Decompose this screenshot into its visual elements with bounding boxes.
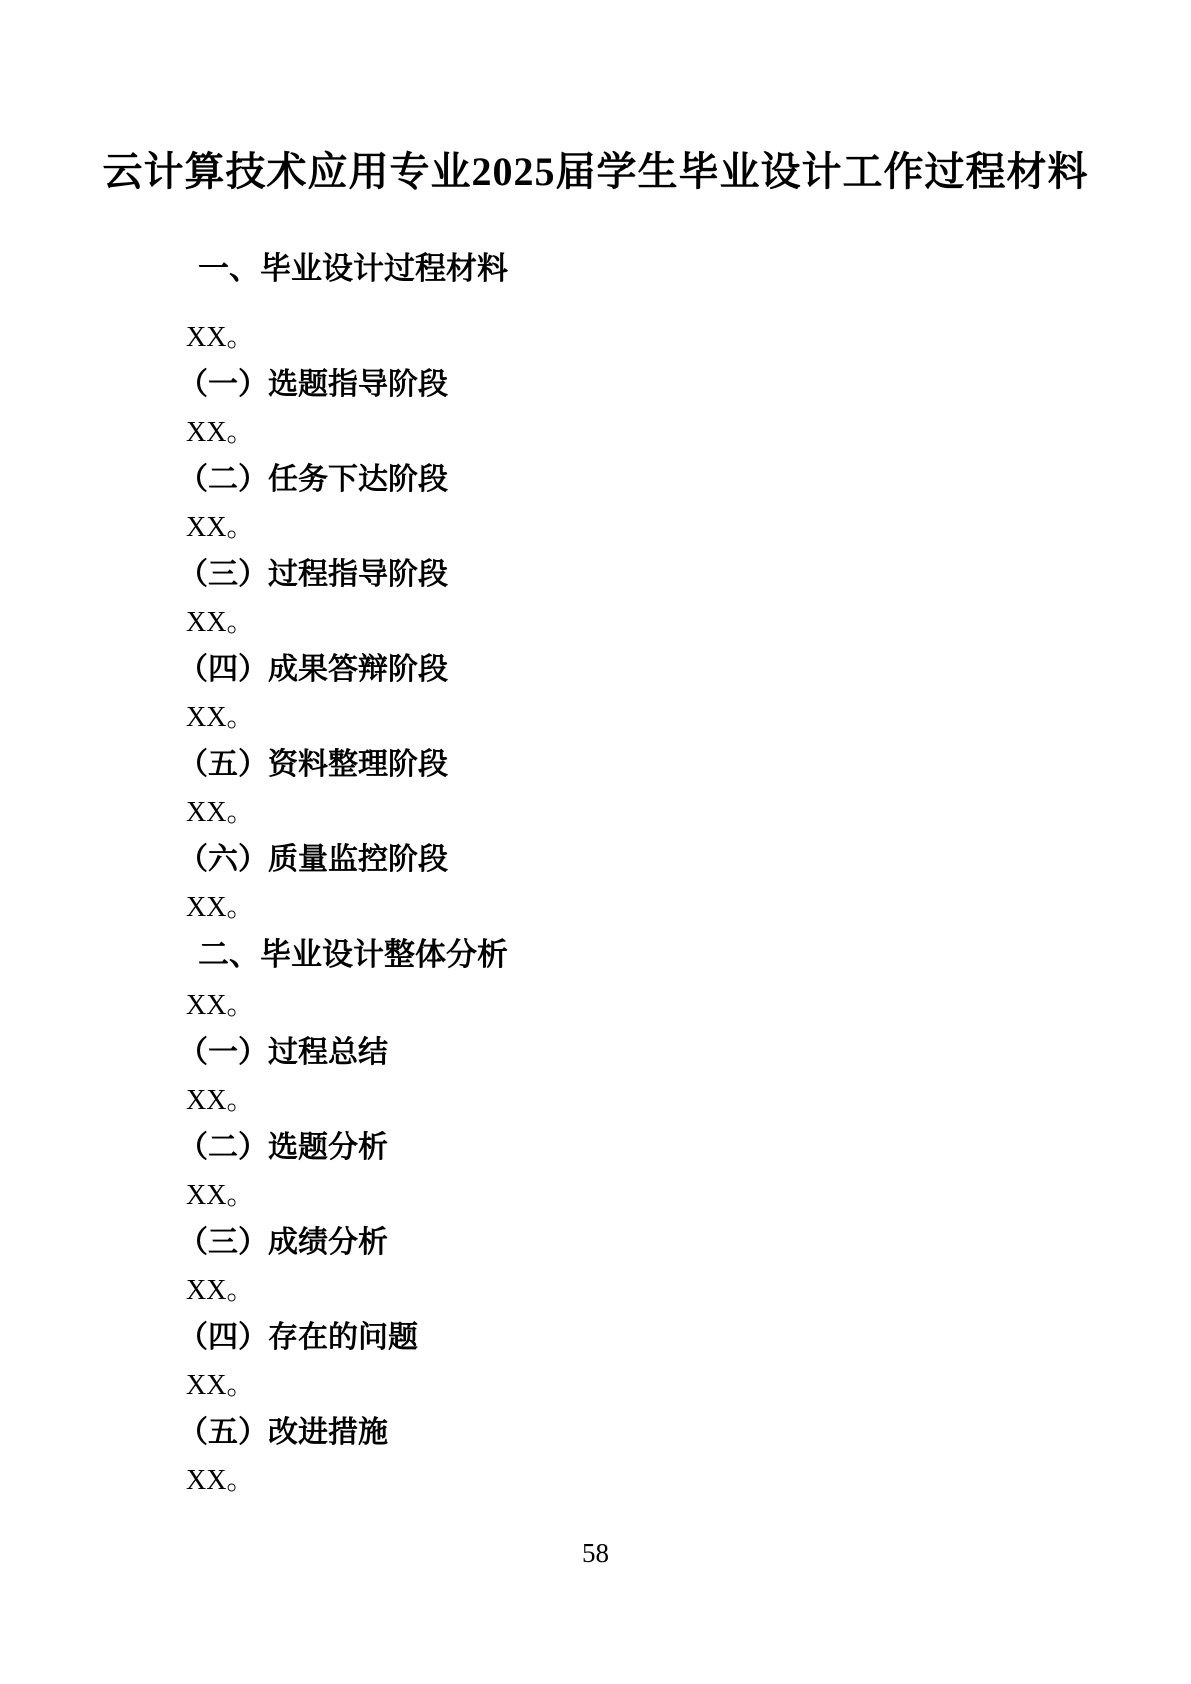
paragraph-placeholder: XX。: [186, 789, 254, 836]
paragraph-placeholder: XX。: [186, 1077, 254, 1124]
paragraph-placeholder: XX。: [186, 1362, 254, 1409]
paragraph-placeholder: XX。: [186, 884, 254, 931]
paragraph-placeholder: XX。: [186, 599, 254, 646]
subsection-heading: （二）任务下达阶段: [178, 453, 448, 507]
paragraph-placeholder: XX。: [186, 982, 254, 1029]
subsection-heading: （四）存在的问题: [178, 1311, 418, 1365]
page-number: 58: [0, 1533, 1191, 1573]
paragraph-placeholder: XX。: [186, 1457, 254, 1504]
paragraph-placeholder: XX。: [186, 409, 254, 456]
section-heading: 二、毕业设计整体分析: [198, 928, 508, 982]
document-title: 云计算技术应用专业2025届学生毕业设计工作过程材料: [0, 142, 1191, 202]
subsection-heading: （三）成绩分析: [178, 1216, 388, 1270]
section-heading: 一、毕业设计过程材料: [198, 242, 508, 296]
paragraph-placeholder: XX。: [186, 504, 254, 551]
subsection-heading: （四）成果答辩阶段: [178, 643, 448, 697]
paragraph-placeholder: XX。: [186, 1172, 254, 1219]
subsection-heading: （五）资料整理阶段: [178, 738, 448, 792]
document-page: 云计算技术应用专业2025届学生毕业设计工作过程材料 一、毕业设计过程材料 XX…: [0, 0, 1191, 1684]
subsection-heading: （一）过程总结: [178, 1026, 388, 1080]
subsection-heading: （五）改进措施: [178, 1406, 388, 1460]
subsection-heading: （六）质量监控阶段: [178, 833, 448, 887]
subsection-heading: （二）选题分析: [178, 1121, 388, 1175]
subsection-heading: （三）过程指导阶段: [178, 548, 448, 602]
paragraph-placeholder: XX。: [186, 1267, 254, 1314]
paragraph-placeholder: XX。: [186, 694, 254, 741]
subsection-heading: （一）选题指导阶段: [178, 358, 448, 412]
paragraph-placeholder: XX。: [186, 314, 254, 361]
